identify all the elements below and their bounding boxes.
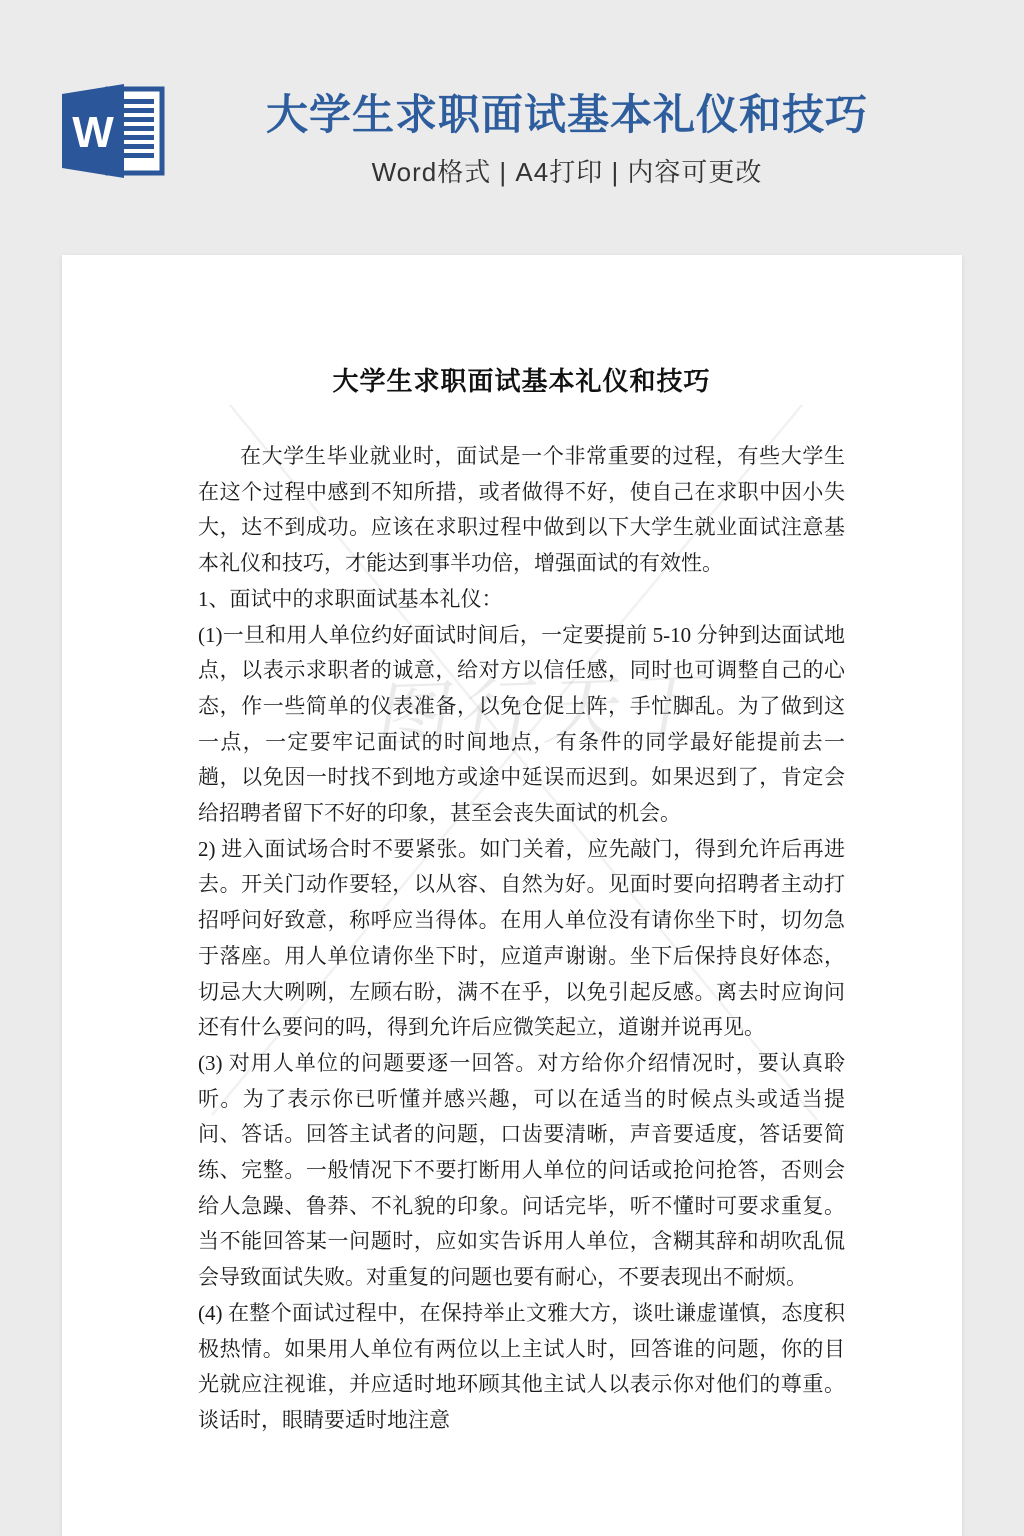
header: W 大学生求职面试基本礼仪和技巧 Word格式 | A4打印 | 内容可更改: [0, 0, 1024, 255]
document-content: 大学生求职面试基本礼仪和技巧 在大学生毕业就业时，面试是一个非常重要的过程，有些…: [62, 255, 962, 1439]
paragraph-item-2: 2) 进入面试场合时不要紧张。如门关着，应先敲门，得到允许后再进去。开关门动作要…: [198, 832, 845, 1046]
page-title: 大学生求职面试基本礼仪和技巧: [120, 92, 1014, 138]
page-subtitle: Word格式 | A4打印 | 内容可更改: [120, 152, 1014, 189]
paragraph-item-3: (3) 对用人单位的问题要逐一回答。对方给你介绍情况时，要认真聆听。为了表示你已…: [198, 1046, 845, 1296]
page-canvas: W 大学生求职面试基本礼仪和技巧 Word格式 | A4打印 | 内容可更改 图…: [0, 0, 1024, 1536]
paragraph-item-4: (4) 在整个面试过程中，在保持举止文雅大方，谈吐谦虚谨慎，态度积极热情。如果用…: [198, 1296, 845, 1439]
word-icon-letter: W: [72, 108, 114, 157]
document-body: 在大学生毕业就业时，面试是一个非常重要的过程，有些大学生在这个过程中感到不知所措…: [198, 439, 845, 1439]
header-text-block: 大学生求职面试基本礼仪和技巧 Word格式 | A4打印 | 内容可更改: [120, 92, 1014, 189]
paragraph-item-1: (1)一旦和用人单位约好面试时间后，一定要提前 5-10 分钟到达面试地点，以表…: [198, 618, 845, 832]
document-page: 图行天下 大学生求职面试基本礼仪和技巧 在大学生毕业就业时，面试是一个非常重要的…: [62, 255, 962, 1536]
document-title: 大学生求职面试基本礼仪和技巧: [198, 363, 845, 401]
paragraph-intro: 在大学生毕业就业时，面试是一个非常重要的过程，有些大学生在这个过程中感到不知所措…: [198, 439, 845, 582]
paragraph-section-heading: 1、面试中的求职面试基本礼仪：: [198, 582, 845, 618]
